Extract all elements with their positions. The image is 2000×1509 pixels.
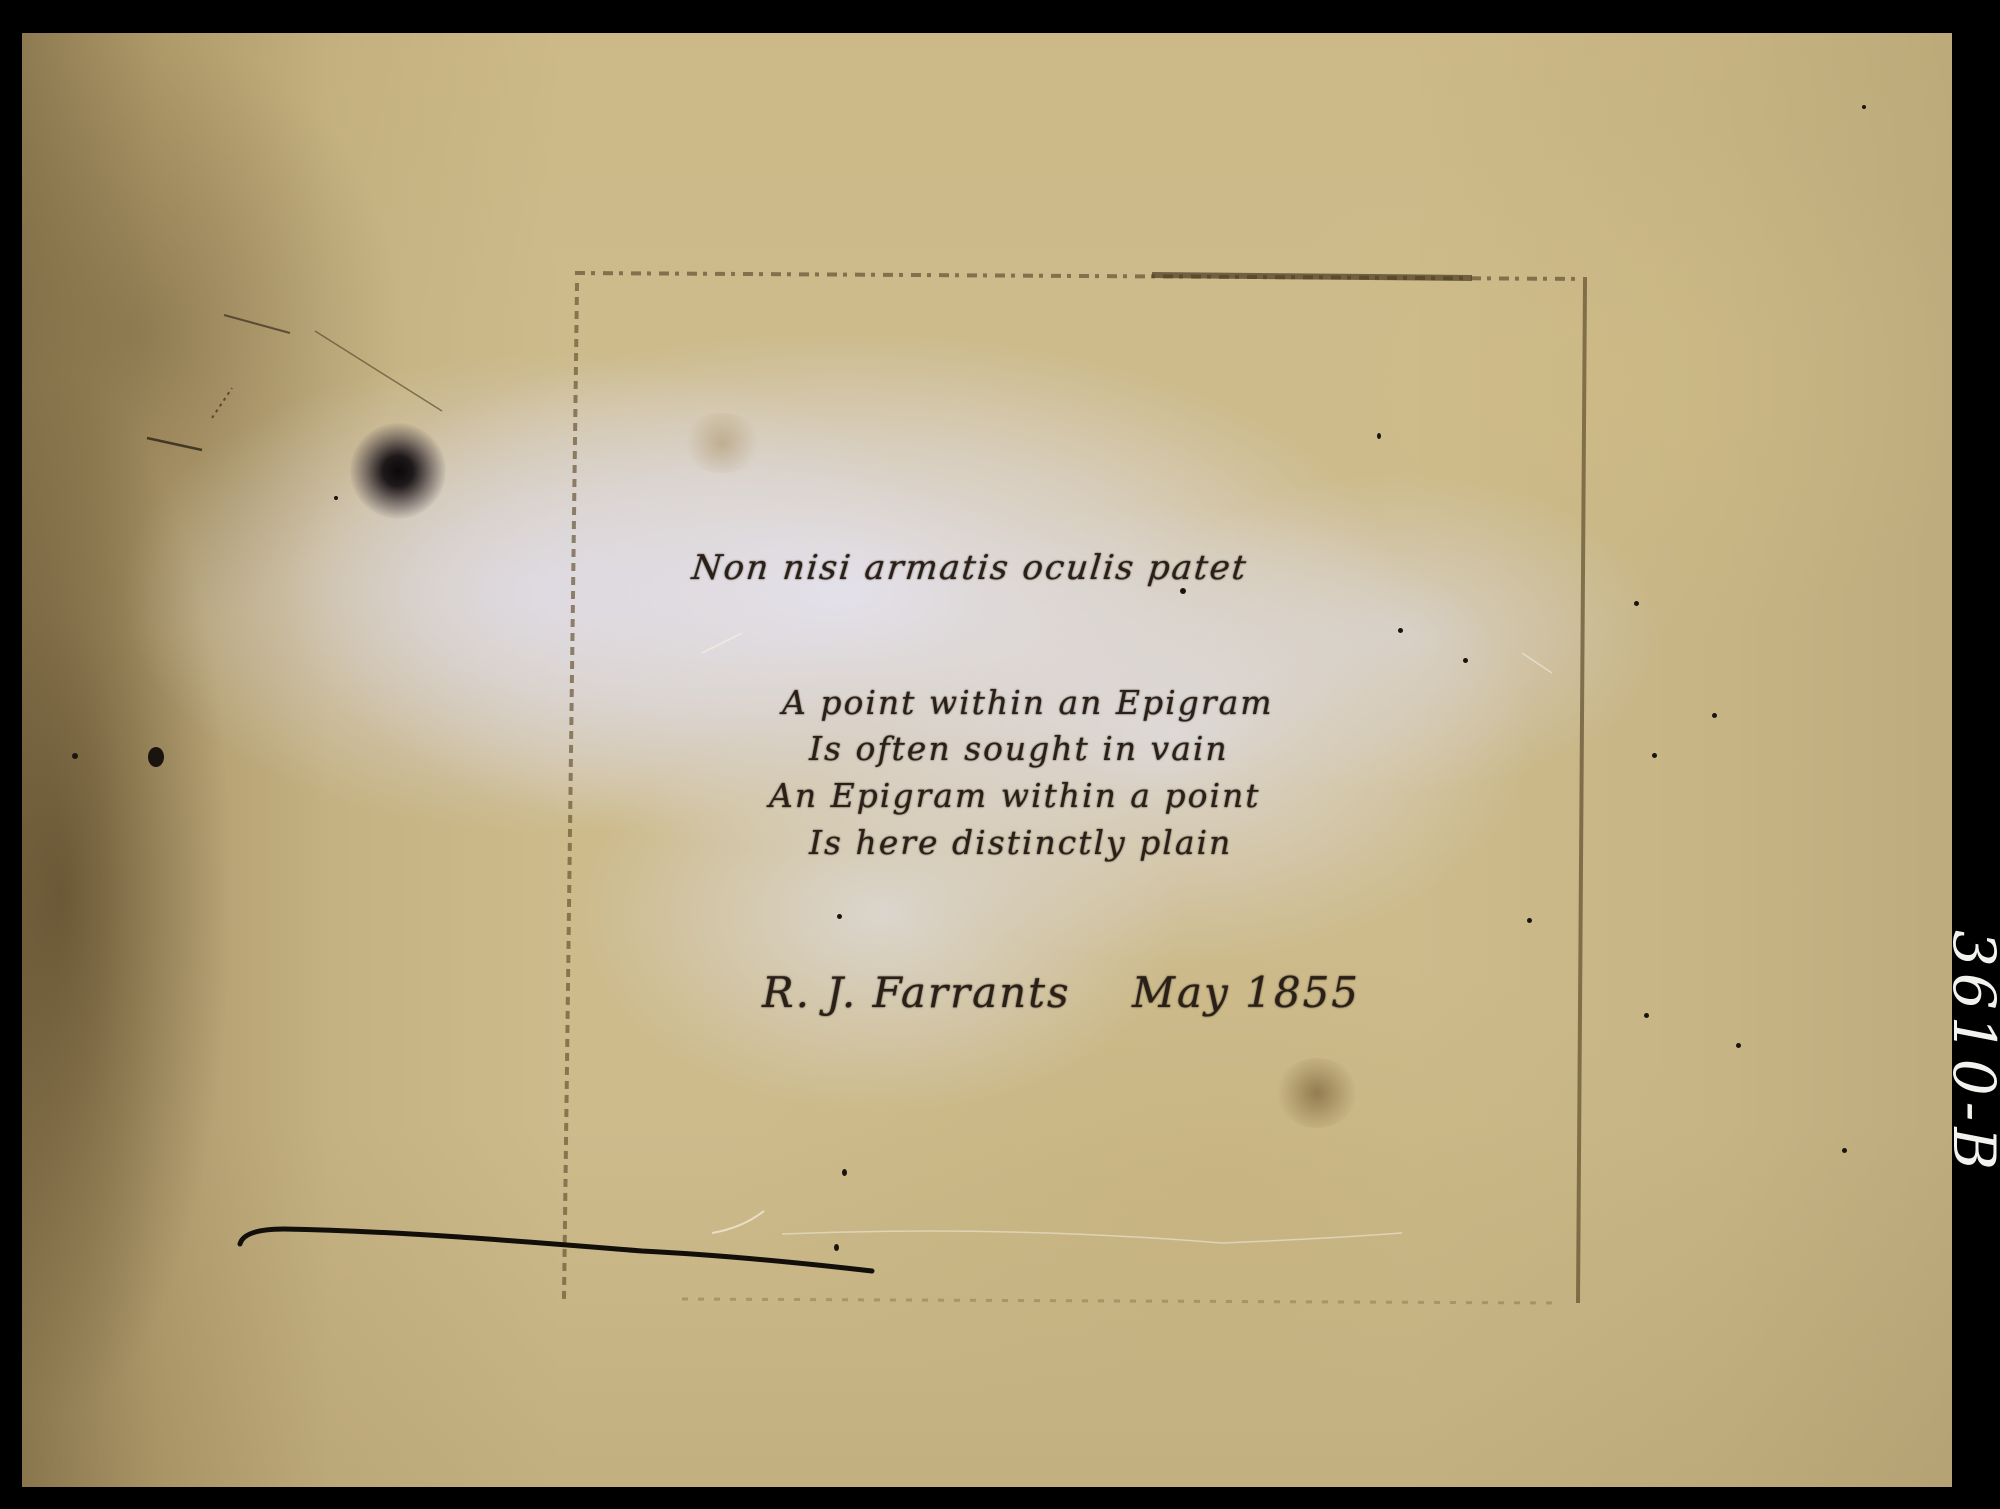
debris-dot [1736, 1043, 1741, 1048]
debris-dot [1180, 588, 1186, 594]
debris-dot [1398, 628, 1403, 633]
glass-plate: Non nisi armatis oculis patet A point wi… [22, 33, 1952, 1487]
debris-dot [1842, 1148, 1847, 1153]
latin-motto: Non nisi armatis oculis patet [690, 548, 1250, 588]
debris-dot [72, 753, 78, 759]
poem-line: An Epigram within a point [769, 776, 1261, 815]
debris-dot [1463, 658, 1468, 663]
debris-dot [1862, 105, 1866, 109]
debris-dot [148, 747, 164, 767]
debris-dot [1712, 713, 1717, 718]
debris-dot [334, 496, 338, 500]
blur-spot-blemish [1277, 1058, 1357, 1128]
debris-dot [1652, 753, 1657, 758]
dark-spot-blemish [350, 423, 446, 519]
poem-line: A point within an Epigram [782, 683, 1274, 722]
debris-dot [1634, 601, 1639, 606]
plate-number-label: 3610-B [1948, 930, 2000, 1170]
blur-spot-blemish [682, 413, 762, 473]
poem-line: Is here distinctly plain [809, 823, 1232, 862]
inscription-date: May 1855 [1132, 968, 1360, 1017]
debris-dot [834, 1244, 839, 1251]
debris-dot [1644, 1013, 1649, 1018]
debris-dot [837, 914, 842, 919]
photo-frame: Non nisi armatis oculis patet A point wi… [0, 0, 2000, 1509]
debris-dot [1527, 918, 1532, 923]
debris-dot [1377, 433, 1381, 439]
author-signature: R. J. Farrants [762, 968, 1071, 1017]
debris-dot [842, 1169, 847, 1176]
poem-line: Is often sought in vain [809, 729, 1229, 768]
